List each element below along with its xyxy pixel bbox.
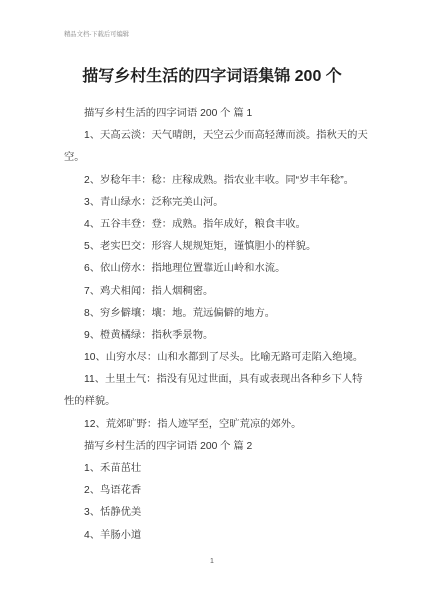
list-item-line: 12、荒郊旷野：指人迹罕至，空旷荒凉的郊外。 — [64, 414, 370, 436]
list-item-line: 3、恬静优美 — [64, 502, 370, 524]
list-item-line: 9、橙黄橘绿：指秋季景物。 — [64, 325, 370, 347]
list-item: 8、穷乡僻壤：壤：地。荒远偏僻的地方。 — [64, 303, 370, 325]
list-item: 10、山穷水尽：山和水都到了尽头。比喻无路可走陷入绝境。 — [64, 347, 370, 369]
list-item: 1、禾苗茁壮 — [64, 458, 370, 480]
section-heading: 描写乡村生活的四字词语 200 个 篇 2 — [64, 436, 370, 458]
list-item-line: 2、岁稔年丰：稔：庄稼成熟。指农业丰收。同“岁丰年稔”。 — [64, 170, 370, 192]
list-item-line: 5、老实巴交：形容人规规矩矩，谨慎胆小的样貌。 — [64, 236, 370, 258]
list-item: 2、岁稔年丰：稔：庄稼成熟。指农业丰收。同“岁丰年稔”。 — [64, 170, 370, 192]
list-item-line: 2、鸟语花香 — [64, 480, 370, 502]
list-item-line: 10、山穷水尽：山和水都到了尽头。比喻无路可走陷入绝境。 — [64, 347, 370, 369]
document-body: 描写乡村生活的四字词语 200 个 篇 1 1、天高云淡：天气晴朗，天空云少而高… — [64, 103, 370, 547]
list-item-line: 8、穷乡僻壤：壤：地。荒远偏僻的地方。 — [64, 303, 370, 325]
list-item-line: 4、五谷丰登：登：成熟。指年成好，粮食丰收。 — [64, 214, 370, 236]
list-item-line: 3、青山绿水：泛称完美山河。 — [64, 192, 370, 214]
list-item-line: 7、鸡犬相闻：指人烟稠密。 — [64, 281, 370, 303]
list-item: 4、羊肠小道 — [64, 525, 370, 547]
list-item: 6、依山傍水：指地理位置靠近山岭和水流。 — [64, 258, 370, 280]
list-item: 5、老实巴交：形容人规规矩矩，谨慎胆小的样貌。 — [64, 236, 370, 258]
list-item-line: 1、禾苗茁壮 — [64, 458, 370, 480]
section-2: 描写乡村生活的四字词语 200 个 篇 2 1、禾苗茁壮 2、鸟语花香 3、恬静… — [64, 436, 370, 547]
list-item: 9、橙黄橘绿：指秋季景物。 — [64, 325, 370, 347]
list-item: 3、青山绿水：泛称完美山河。 — [64, 192, 370, 214]
list-item: 12、荒郊旷野：指人迹罕至，空旷荒凉的郊外。 — [64, 414, 370, 436]
list-item-line: 1、天高云淡：天气晴朗，天空云少而高轻薄而淡。指秋天的天 — [64, 125, 370, 147]
list-item: 4、五谷丰登：登：成熟。指年成好，粮食丰收。 — [64, 214, 370, 236]
list-item: 1、天高云淡：天气晴朗，天空云少而高轻薄而淡。指秋天的天 空。 — [64, 125, 370, 169]
page-number: 1 — [0, 557, 424, 567]
list-item-line-continuation: 性的样貌。 — [64, 391, 370, 413]
list-item: 3、恬静优美 — [64, 502, 370, 524]
list-item-line: 11、土里土气：指没有见过世面，具有或表现出各种乡下人特 — [64, 369, 370, 391]
section-1: 描写乡村生活的四字词语 200 个 篇 1 1、天高云淡：天气晴朗，天空云少而高… — [64, 103, 370, 436]
list-item: 2、鸟语花香 — [64, 480, 370, 502]
document-title: 描写乡村生活的四字词语集锦 200 个 — [0, 67, 424, 87]
list-item-line: 4、羊肠小道 — [64, 525, 370, 547]
section-heading: 描写乡村生活的四字词语 200 个 篇 1 — [64, 103, 370, 125]
list-item-line-continuation: 空。 — [64, 147, 370, 169]
list-item-line: 6、依山傍水：指地理位置靠近山岭和水流。 — [64, 258, 370, 280]
list-item: 11、土里土气：指没有见过世面，具有或表现出各种乡下人特 性的样貌。 — [64, 369, 370, 413]
list-item: 7、鸡犬相闻：指人烟稠密。 — [64, 281, 370, 303]
page-header-note: 精品文档-下载后可编辑 — [64, 30, 129, 40]
